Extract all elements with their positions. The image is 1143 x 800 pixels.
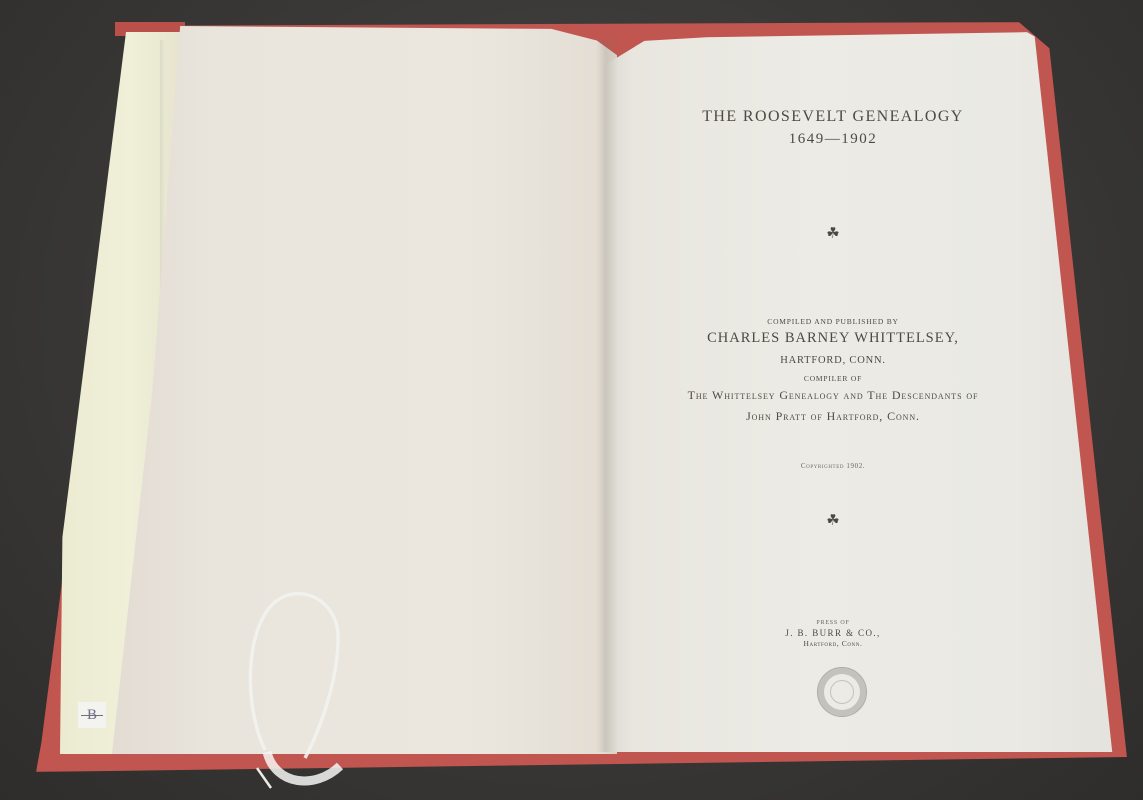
page-holder-clip-icon (245, 590, 345, 790)
compiler-of-label: COMPILER OF (623, 374, 1043, 383)
book-title: THE ROOSEVELT GENEALOGY (623, 108, 1043, 126)
library-seal-stamp-icon (817, 667, 867, 717)
book-years: 1649—1902 (623, 131, 1043, 148)
fleuron-icon: ☘ (623, 224, 1043, 243)
author-city: HARTFORD, CONN. (623, 355, 1043, 366)
book-photo: THE ROOSEVELT GENEALOGY 1649—1902 ☘ COMP… (0, 0, 1143, 800)
author-name: CHARLES BARNEY WHITTELSEY, (623, 330, 1043, 347)
other-works-line-1: The Whittelsey Genealogy and The Descend… (623, 388, 1043, 403)
left-page-blank (112, 26, 617, 754)
fleuron-icon: ☘ (623, 511, 1043, 530)
printer-name: J. B. BURR & CO., (623, 628, 1043, 638)
book-gutter (596, 40, 618, 752)
compiled-by-label: COMPILED AND PUBLISHED BY (623, 317, 1043, 326)
seal-center (830, 680, 854, 704)
call-number-label: B (78, 702, 106, 728)
strikethrough-line (81, 715, 103, 716)
other-works-line-2: John Pratt of Hartford, Conn. (623, 409, 1043, 424)
press-label: PRESS OF (623, 620, 1043, 626)
printer-city: Hartford, Conn. (623, 639, 1043, 648)
copyright-notice: Copyrighted 1902. (623, 462, 1043, 470)
